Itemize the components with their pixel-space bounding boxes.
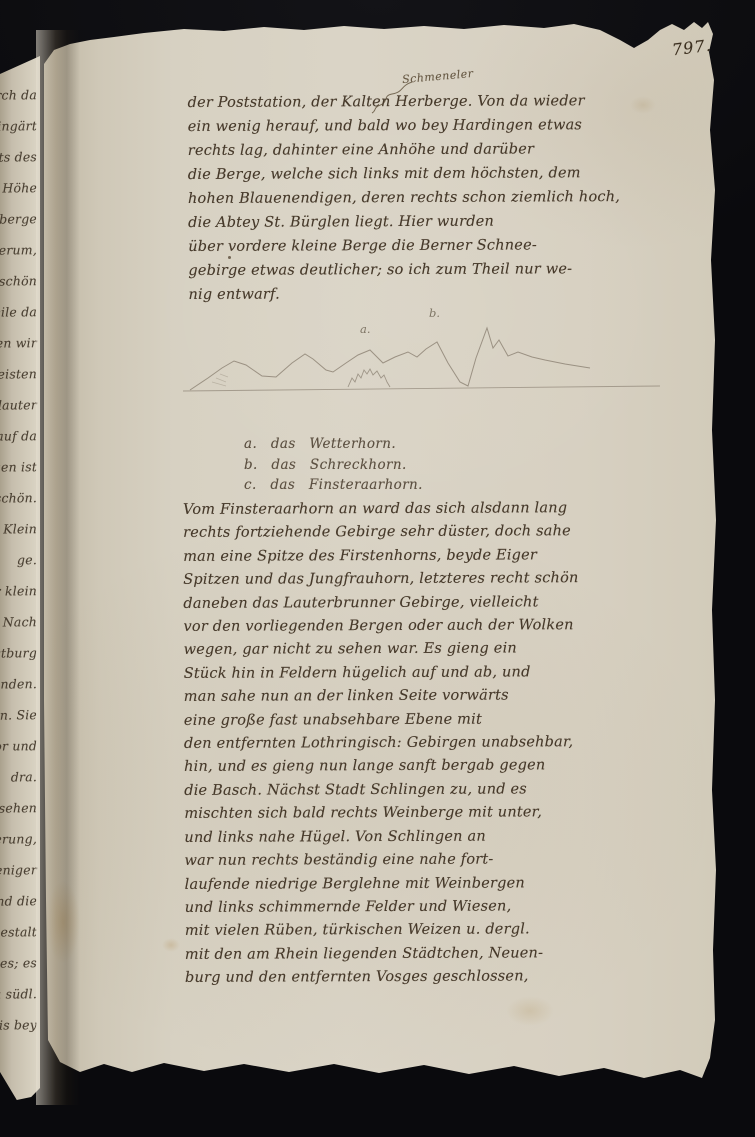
manuscript-line: die Basch. Nächst Stadt Schlingen zu, un… [184,778,579,803]
paragraph-2: Vom Finsteraarhorn an ward das sich alsd… [183,497,580,990]
manuscript-line-fragment: da südl. [0,978,37,1011]
manuscript-line: hohen Blauenendigen, deren rechts schon … [188,185,620,211]
manuscript-line: wegen, gar nicht zu sehen war. Es gieng … [184,638,579,663]
paragraph-1: der Poststation, der Kalten Herberge. Vo… [188,89,621,307]
manuscript-line-fragment: Theile da [0,296,37,329]
manuscript-line: hin, und es gieng nun lange sanft bergab… [184,755,579,780]
caption-line: b. das Schreckhorn. [244,455,423,476]
manuscript-line-fragment: zu finden. [0,668,37,701]
manuscript-line: Vom Finsteraarhorn an ward das sich alsd… [183,497,578,522]
manuscript-line: man sahe nun an der linken Seite vorwärt… [184,684,579,709]
manuscript-page: 797. Schmeneler der Poststation, der Kal… [44,0,716,1102]
manuscript-line: nig entwarf. [188,281,620,307]
manuscript-line: mit vielen Rüben, türkischen Weizen u. d… [185,918,580,943]
manuscript-line-fragment: bis bey [0,1009,37,1042]
manuscript-line-fragment: und die [0,885,37,918]
paper-stain [506,996,554,1026]
manuscript-line-fragment: Weinberge [0,203,37,236]
manuscript-line: die Berge, welche sich links mit dem höc… [188,161,620,187]
manuscript-line-fragment: was vor und [0,730,37,763]
manuscript-line: und links nahe Hügel. Von Schlingen an [184,825,579,850]
paper-stain [162,938,180,952]
sketch-label-b: b. [429,306,440,320]
manuscript-line-fragment: Gestalt [0,916,37,949]
sketch-label-a: a. [360,322,371,336]
manuscript-line-fragment: sahen wir [0,327,37,360]
manuscript-line-fragment: dasselbe herum, [0,234,37,267]
manuscript-line: mit den am Rhein liegenden Städtchen, Ne… [185,942,580,967]
manuscript-line: der Poststation, der Kalten Herberge. Vo… [188,89,620,115]
manuscript-line-fragment: sich da sehen [0,792,37,825]
manuscript-line: eine große fast unabsehbare Ebene mit [184,708,579,733]
manuscript-line: ein wenig herauf, und bald wo bey Hardin… [188,113,620,139]
manuscript-line-fragment: sehr klein [0,575,37,608]
manuscript-line-fragment: vielen Nach [0,606,37,639]
manuscript-scan: ich durch daWeingärtseits deste HöheWein… [0,0,755,1137]
manuscript-line: daneben das Lauterbrunner Gebirge, viell… [183,591,578,616]
manuscript-line: und links schimmernde Felder und Wiesen, [185,895,580,920]
manuscript-line-fragment: seits des [0,141,37,174]
manuscript-line: gebirge etwas deutlicher; so ich zum The… [188,257,620,283]
manuscript-line-fragment: Weingärt [0,110,37,143]
manuscript-line-fragment: gelegen ist [0,451,37,484]
previous-page-text-fragments: ich durch daWeingärtseits deste HöheWein… [0,80,37,1041]
manuscript-line-fragment: ge. [0,544,37,577]
manuscript-line: rechts fortziehende Gebirge sehr düster,… [183,521,578,546]
manuscript-line-fragment: äußerung, [0,823,37,856]
manuscript-line-fragment: ich durch da [0,79,37,112]
manuscript-line: laufende niedrige Berglehne mit Weinberg… [185,872,580,897]
manuscript-line: die Abtey St. Bürglen liegt. Hier wurden [188,209,620,235]
manuscript-line: war nun rechts beständig eine nahe fort- [184,848,579,873]
manuscript-line-fragment: dra. [0,761,37,794]
manuscript-line-fragment: die meisten [0,358,37,391]
manuscript-line-fragment: Ernstburg [0,637,37,670]
manuscript-line: vor den vorliegenden Bergen oder auch de… [183,614,578,639]
manuscript-line: rechts lag, dahinter eine Anhöhe und dar… [188,137,620,163]
manuscript-line-fragment: und schön [0,265,37,298]
manuscript-line-fragment: fest auf da [0,420,37,453]
manuscript-line: Stück hin in Feldern hügelich auf und ab… [184,661,579,686]
manuscript-line-fragment: auch der Klein [0,513,37,546]
manuscript-line: Spitzen und das Jungfrauhorn, letzteres … [183,567,578,592]
caption-line: c. das Finsteraarhorn. [244,475,423,496]
sketch-caption-list: a. das Wetterhorn.b. das Schreckhorn.c. … [244,434,423,496]
manuscript-line: mischten sich bald rechts Weinberge mit … [184,801,579,826]
paper-stain [630,96,656,114]
page-number: 797. [671,36,713,60]
paper-stain [46,880,80,964]
caption-line: a. das Wetterhorn. [244,434,423,455]
manuscript-line-fragment: steigenden schön. [0,482,37,515]
mountain-panorama-sketch [150,306,690,406]
manuscript-line-fragment: do weniger [0,854,37,887]
manuscript-line: über vordere kleine Berge die Berner Sch… [188,233,620,259]
manuscript-line: burg und den entfernten Vosges geschloss… [185,965,580,990]
previous-page-edge: ich durch daWeingärtseits deste HöheWein… [0,54,40,1100]
manuscript-line-fragment: mit lauter [0,389,37,422]
manuscript-line: den entfernten Lothringisch: Gebirgen un… [184,731,579,756]
manuscript-line: man eine Spitze des Firstenhorns, beyde … [183,544,578,569]
manuscript-line-fragment: chen. Sie [0,699,37,732]
manuscript-line-fragment: es; es [0,947,37,980]
manuscript-line-fragment: te Höhe [0,172,37,205]
